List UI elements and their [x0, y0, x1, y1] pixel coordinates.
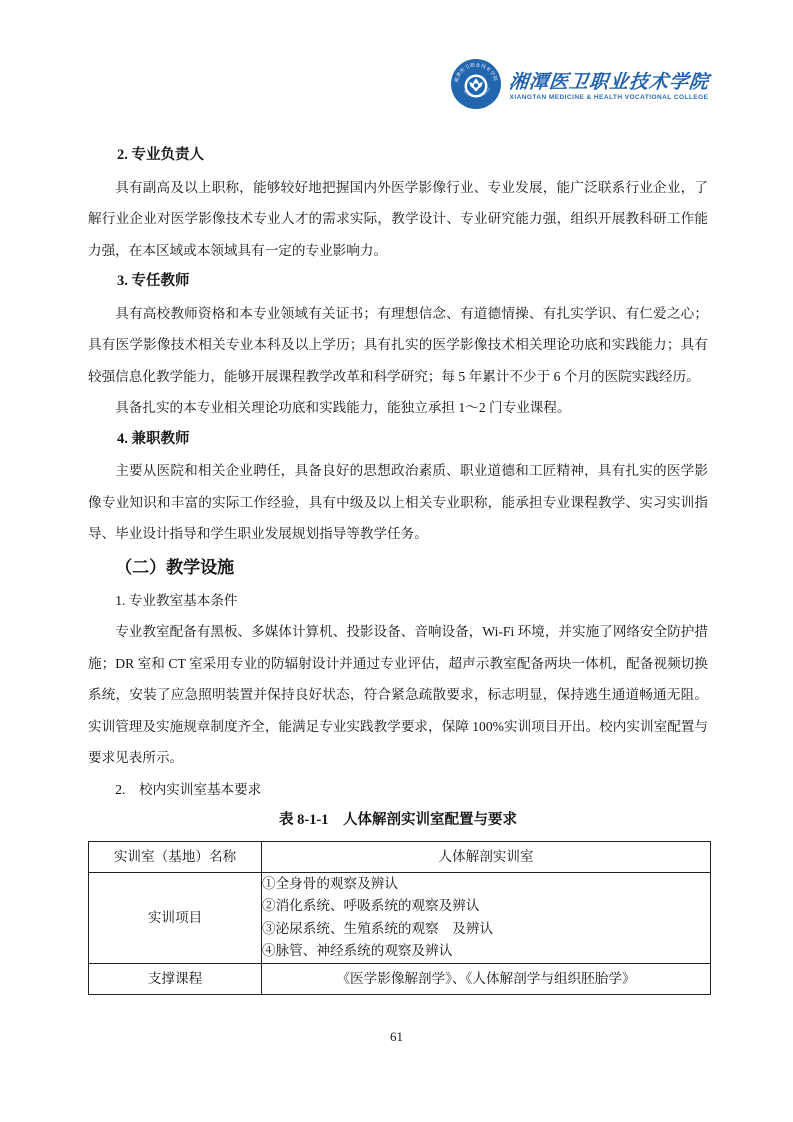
paragraph-classroom-conditions: 专业教室配备有黑板、多媒体计算机、投影设备、音响设备，Wi-Fi 环境，并实施了… — [88, 616, 708, 774]
page-number: 61 — [0, 1029, 793, 1045]
line-classroom-conditions: 1. 专业教室基本条件 — [88, 585, 708, 617]
heading-parttime-teachers: 4. 兼职教师 — [88, 424, 708, 456]
project-item-1: ①全身骨的观察及辨认 — [262, 873, 710, 896]
paragraph-professional-leader: 具有副高及以上职称，能够较好地把握国内外医学影像行业、专业发展，能广泛联系行业企… — [88, 172, 708, 267]
line-campus-lab-requirements: 2. 校内实训室基本要求 — [88, 774, 708, 806]
college-logo: 湘潭医卫职业技术学院 MEDICINE & HEALTH COLLEGE 湘潭医… — [450, 58, 709, 115]
paragraph-parttime-teachers: 主要从医院和相关企业聘任，具备良好的思想政治素质、职业道德和工匠精神，具有扎实的… — [88, 455, 708, 550]
paragraph-fulltime-teachers-2: 具备扎实的本专业相关理论功底和实践能力，能独立承担 1～2 门专业课程。 — [88, 392, 708, 424]
project-item-2: ②消化系统、呼吸系统的观察及辨认 — [262, 895, 710, 918]
table-cell-lab-name-label: 实训室（基地）名称 — [89, 841, 262, 872]
college-name-block: 湘潭医卫职业技术学院 XIANGTAN MEDICINE & HEALTH VO… — [509, 73, 709, 101]
table-caption: 表 8-1-1 人体解剖实训室配置与要求 — [88, 805, 708, 837]
table-cell-projects-label: 实训项目 — [89, 872, 262, 963]
project-item-4: ④脉管、神经系统的观察及辨认 — [262, 940, 710, 963]
college-emblem-icon: 湘潭医卫职业技术学院 MEDICINE & HEALTH COLLEGE — [450, 58, 502, 115]
heading-fulltime-teachers: 3. 专任教师 — [88, 266, 708, 298]
college-name-cn: 湘潭医卫职业技术学院 — [508, 73, 710, 93]
table-cell-courses-label: 支撑课程 — [89, 963, 262, 994]
document-page: 湘潭医卫职业技术学院 MEDICINE & HEALTH COLLEGE 湘潭医… — [0, 0, 793, 1122]
table-row: 实训项目 ①全身骨的观察及辨认 ②消化系统、呼吸系统的观察及辨认 ③泌尿系统、生… — [89, 872, 711, 963]
table-cell-projects-value: ①全身骨的观察及辨认 ②消化系统、呼吸系统的观察及辨认 ③泌尿系统、生殖系统的观… — [262, 872, 711, 963]
college-name-en: XIANGTAN MEDICINE & HEALTH VOCATIONAL CO… — [510, 94, 709, 101]
heading-professional-leader: 2. 专业负责人 — [88, 140, 708, 172]
paragraph-fulltime-teachers: 具有高校教师资格和本专业领域有关证书；有理想信念、有道德情操、有扎实学识、有仁爱… — [88, 298, 708, 393]
table-cell-courses-value: 《医学影像解剖学》、《人体解剖学与组织胚胎学》 — [262, 963, 711, 994]
project-item-3: ③泌尿系统、生殖系统的观察 及辨认 — [262, 918, 710, 941]
anatomy-lab-table: 实训室（基地）名称 人体解剖实训室 实训项目 ①全身骨的观察及辨认 ②消化系统、… — [88, 841, 711, 995]
heading-teaching-facilities: （二）教学设施 — [88, 550, 708, 585]
document-content: 2. 专业负责人 具有副高及以上职称，能够较好地把握国内外医学影像行业、专业发展… — [88, 140, 708, 995]
table-row: 实训室（基地）名称 人体解剖实训室 — [89, 841, 711, 872]
table-row: 支撑课程 《医学影像解剖学》、《人体解剖学与组织胚胎学》 — [89, 963, 711, 994]
table-cell-lab-name-value: 人体解剖实训室 — [262, 841, 711, 872]
